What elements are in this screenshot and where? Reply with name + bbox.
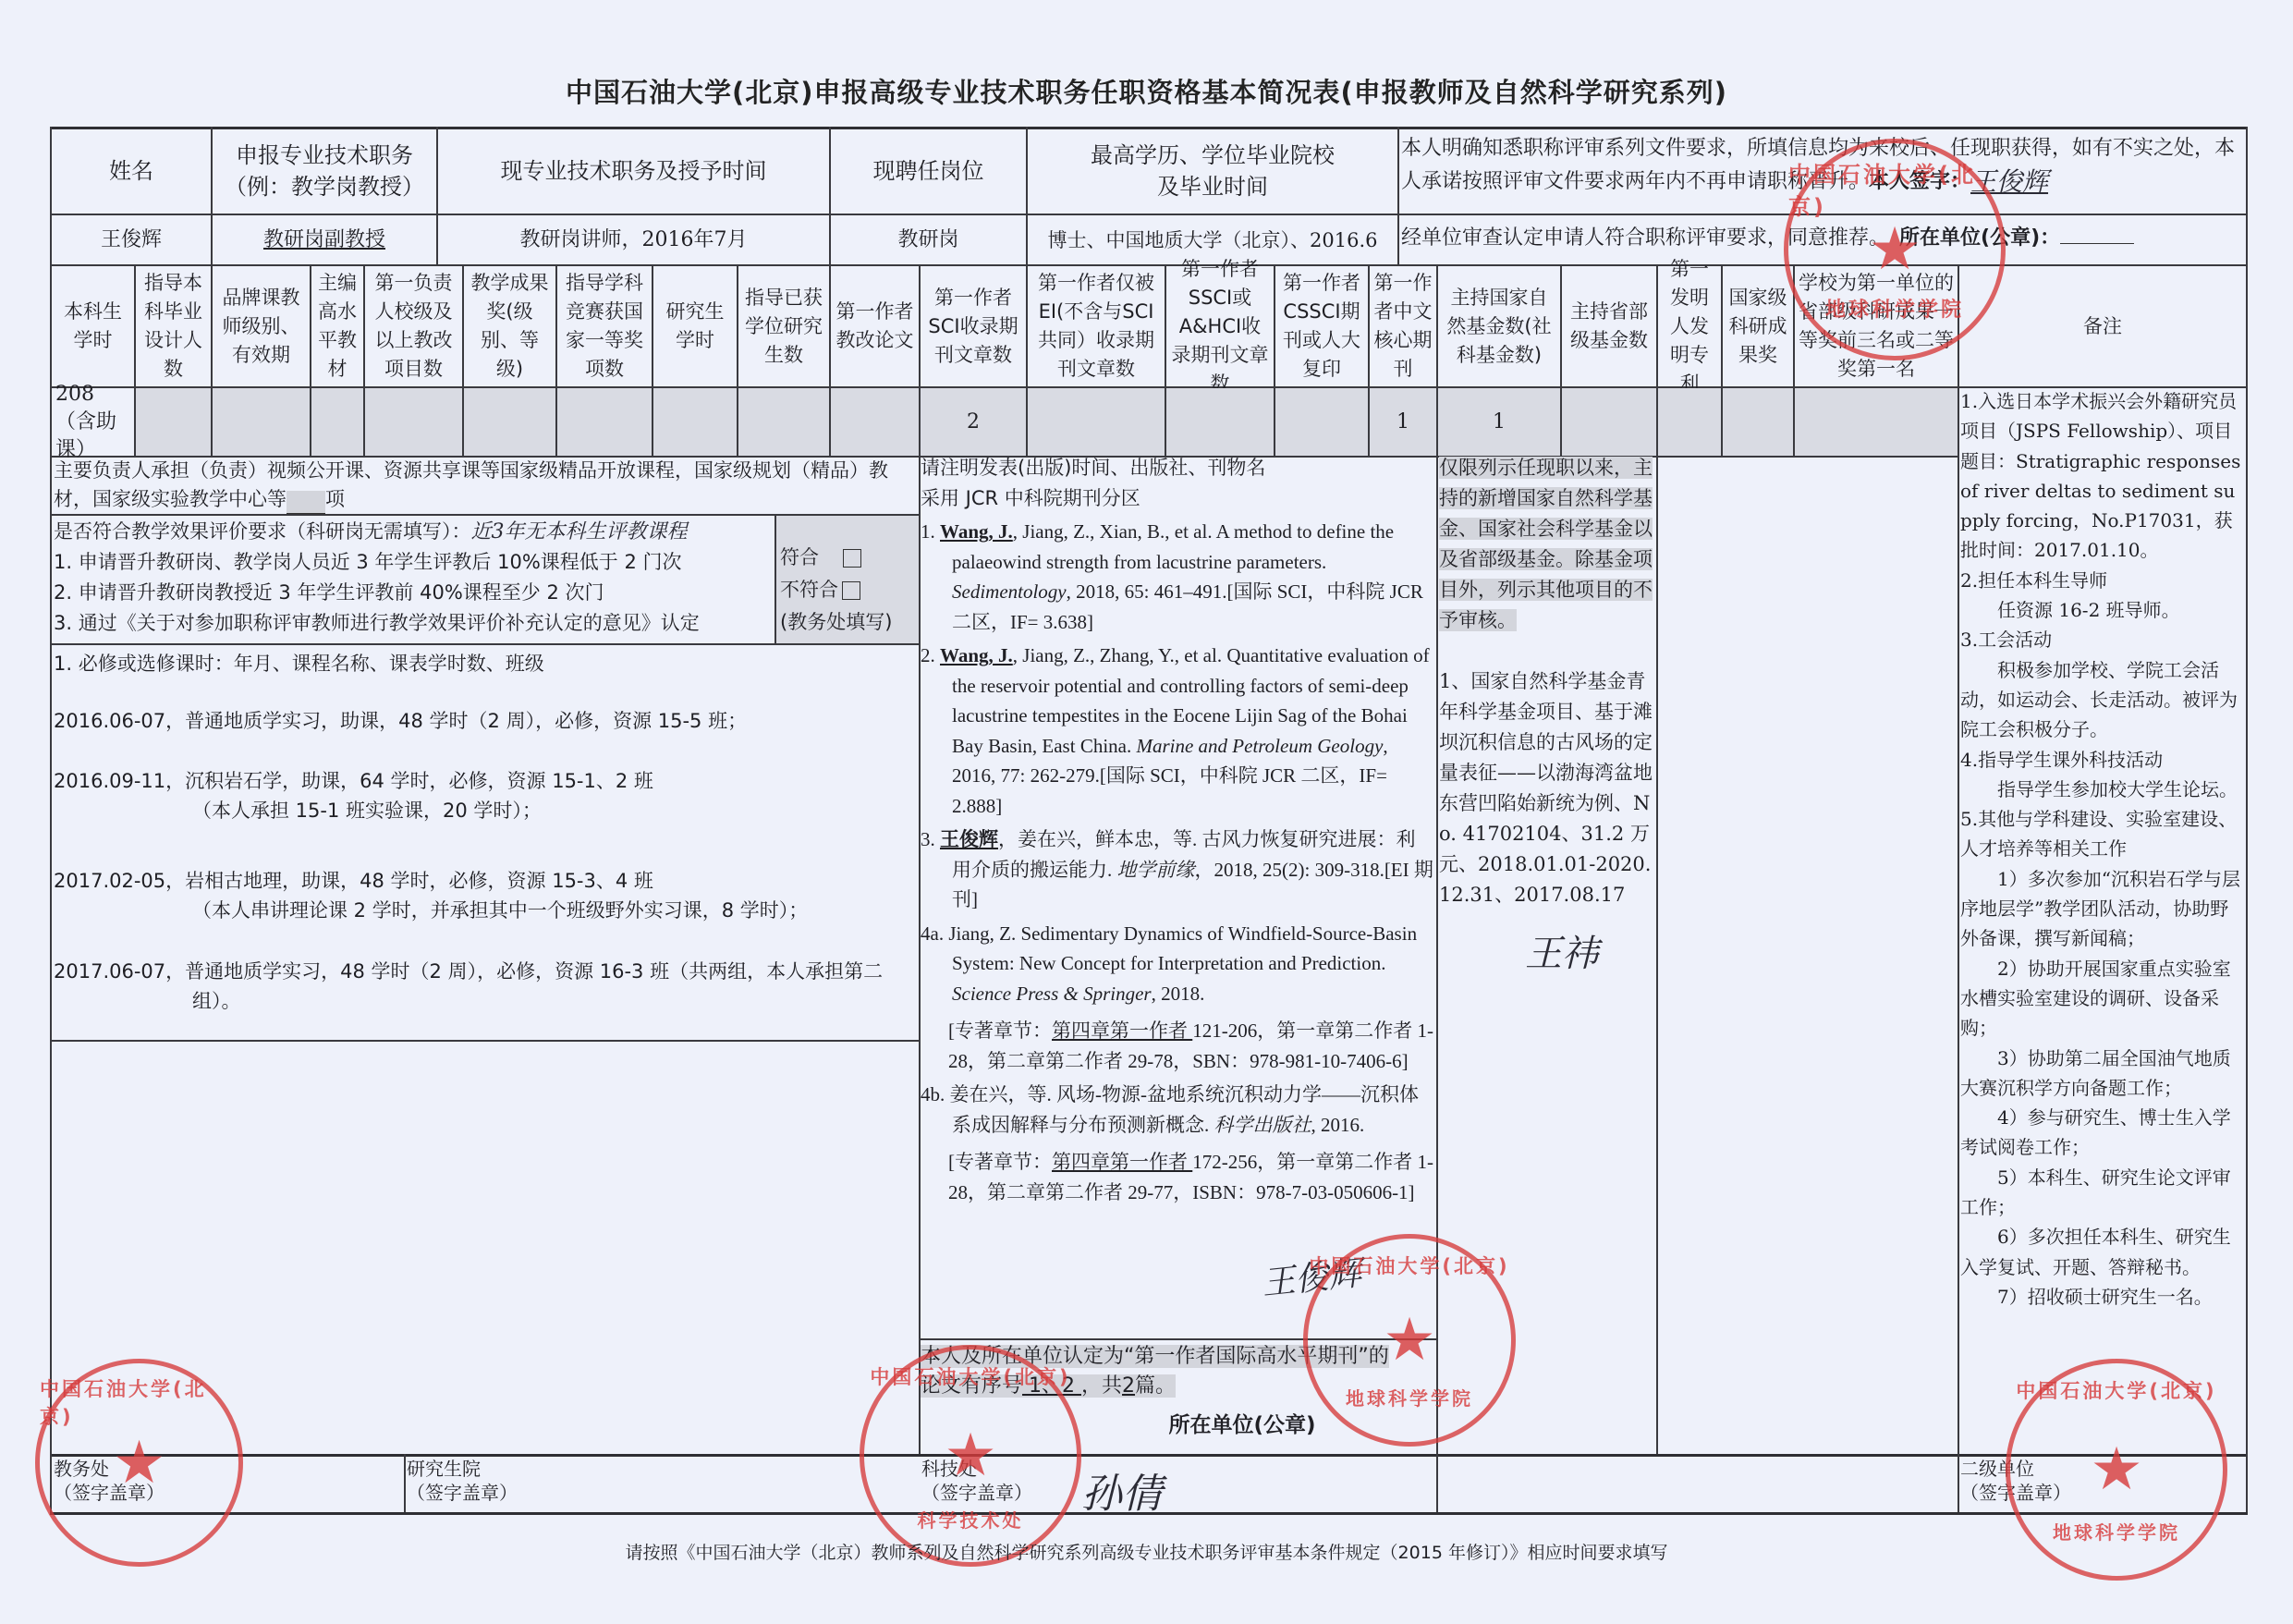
university-seal-stamp: ★ 中国石油大学(北京) bbox=[35, 1359, 243, 1567]
course-item: 2016.09-11，沉积岩石学，助课，64 学时，必修，资源 15-1、2 班 bbox=[54, 766, 913, 796]
metric-value[interactable] bbox=[1166, 388, 1274, 456]
publication-journal: 科学出版社 bbox=[1214, 1114, 1311, 1136]
metric-value[interactable] bbox=[311, 388, 363, 456]
publication-author: Wang, J. bbox=[940, 520, 1013, 543]
remark-item: 2.担任本科生导师 bbox=[1960, 566, 2245, 595]
teaching-eval-answer: 近3年无本科生评教课程 bbox=[471, 517, 688, 547]
remark-item: 积极参加学校、学院工会活动，如运动会、长走活动。被评为院工会积极分子。 bbox=[1960, 655, 2245, 745]
fund-item: 1、国家自然科学基金青年科学基金项目、基于滩坝沉积信息的古风场的定量表征——以渤… bbox=[1439, 666, 1655, 910]
metric-value[interactable] bbox=[557, 388, 652, 456]
publication-instruction: 采用 JCR 中科院期刊分区 bbox=[921, 483, 1434, 514]
metric-header: 第一负责人校级及以上教改项目数 bbox=[365, 266, 462, 386]
metric-header: 主持省部级基金数 bbox=[1562, 266, 1656, 386]
publication-journal: 地学前缘 bbox=[1117, 859, 1195, 881]
metric-value[interactable]: 2 bbox=[921, 388, 1026, 456]
course-list-heading: 1. 必修或选修课时：年月、课程名称、课表学时数、班级 bbox=[54, 649, 913, 678]
remark-item: 4.指导学生课外科技活动 bbox=[1960, 745, 2245, 775]
metric-header: 主编高水平教材 bbox=[311, 266, 363, 386]
confirmation-count: 2 bbox=[1122, 1374, 1135, 1398]
metric-value[interactable] bbox=[653, 388, 737, 456]
applicant-name: 王俊辉 bbox=[52, 215, 211, 264]
remark-item: 指导学生参加校大学生论坛。 bbox=[1960, 775, 2245, 804]
publication-item: 4b. 姜在兴，等. 风场-物源-盆地系统沉积动力学——沉积体系成因解释与分布预… bbox=[921, 1080, 1434, 1140]
metric-header: 第一作者SSCI或A&HCI收录期刊文章数 bbox=[1166, 266, 1274, 386]
metric-header: 第一作者SCI收录期刊文章数 bbox=[921, 266, 1026, 386]
remark-item: 1.入选日本学术振兴会外籍研究员项目（JSPS Fellowship）、项目题目… bbox=[1960, 386, 2245, 566]
publication-journal: Marine and Petroleum Geology bbox=[1136, 735, 1383, 757]
metric-value[interactable] bbox=[136, 388, 211, 456]
star-icon: ★ bbox=[1383, 1311, 1435, 1370]
publication-items: 1. Wang, J., Jiang, Z., Xian, B., et al.… bbox=[921, 517, 1434, 1207]
metric-value[interactable] bbox=[738, 388, 829, 456]
course-note: （本人承担 15-1 班实验课，20 学时）； bbox=[54, 796, 913, 825]
metric-header: 本科生学时 bbox=[52, 266, 134, 386]
teaching-eval-question: 是否符合教学效果评价要求（科研岗无需填写）： bbox=[54, 520, 471, 543]
metric-value[interactable] bbox=[464, 388, 555, 456]
remark-item: 7）招收硕士研究生一名。 bbox=[1960, 1282, 2245, 1312]
remark-item: 5.其他与学科建设、实验室建设、人才培养等相关工作 bbox=[1960, 804, 2245, 864]
course-note: （本人串讲理论课 2 学时，并承担其中一个班级野外实习课，8 学时）； bbox=[54, 896, 913, 925]
footnote: 请按照《中国石油大学（北京）教师系列及自然科学研究系列高级专业技术职务评审基本条… bbox=[0, 1539, 2293, 1564]
metric-value[interactable] bbox=[365, 388, 462, 456]
metric-header: 第一作者中文核心期刊 bbox=[1370, 266, 1436, 386]
publication-chapter: [专著章节：第四章第一作者 121-206，第一章第二作者 1-28，第二章第二… bbox=[921, 1016, 1434, 1076]
metric-header: 品牌课教师级别、有效期 bbox=[213, 266, 310, 386]
metric-header: 指导本科毕业设计人数 bbox=[136, 266, 211, 386]
publication-item: 1. Wang, J., Jiang, Z., Xian, B., et al.… bbox=[921, 517, 1434, 637]
publication-journal: Sedimentology bbox=[952, 580, 1067, 603]
metric-value[interactable] bbox=[831, 388, 919, 456]
course-item: 2017.02-05，岩相古地理，助课，48 学时，必修，资源 15-3、4 班 bbox=[54, 866, 913, 896]
metric-header: 备注 bbox=[1959, 266, 2246, 386]
applicant-current-title: 教研岗讲师，2016年7月 bbox=[438, 215, 829, 264]
national-courses-suffix: 项 bbox=[325, 488, 345, 510]
metric-header: 指导学科竞赛获国家一等奖项数 bbox=[557, 266, 652, 386]
metric-header: 第一作者CSSCI期刊或人大复印 bbox=[1275, 266, 1368, 386]
teaching-eval-options: 符合 不符合 (教务处填写) bbox=[776, 516, 919, 643]
remark-item: 3.工会活动 bbox=[1960, 625, 2245, 654]
option-meets[interactable]: 符合 bbox=[780, 542, 919, 574]
fund-list: 仅限列示任现职以来，主持的新增国家自然科学基金、国家社会科学基金以及省部级基金。… bbox=[1439, 453, 1655, 910]
metric-value[interactable] bbox=[1028, 388, 1165, 456]
remark-item: 2）协助开展国家重点实验室水槽实验室建设的调研、设备采购； bbox=[1960, 954, 2245, 1044]
unit-seal-blank bbox=[2060, 243, 2134, 244]
metric-value[interactable] bbox=[1562, 388, 1656, 456]
national-courses-text: 主要负责人承担（负责）视频公开课、资源共享课等国家级精品开放课程，国家级规划（精… bbox=[54, 459, 888, 510]
metric-value[interactable]: 1 bbox=[1370, 388, 1436, 456]
research-office-signature: 孙倩 bbox=[1081, 1460, 1163, 1520]
metric-value[interactable] bbox=[1723, 388, 1793, 456]
remark-item: 5）本科生、研究生论文评审工作； bbox=[1960, 1163, 2245, 1223]
current-post-header: 现聘任岗位 bbox=[831, 128, 1026, 214]
publication-item: 3. 王俊辉，姜在兴，鲜本忠，等. 古风力恢复研究进展：利用介质的搬运能力. 地… bbox=[921, 824, 1434, 915]
education-header: 最高学历、学位毕业院校 及毕业时间 bbox=[1028, 128, 1397, 214]
publication-author: 王俊辉 bbox=[940, 828, 998, 850]
fund-note: 仅限列示任现职以来，主持的新增国家自然科学基金、国家社会科学基金以及省部级基金。… bbox=[1439, 457, 1653, 631]
checkbox-meets[interactable] bbox=[843, 549, 861, 568]
applicant-current-post: 教研岗 bbox=[831, 215, 1026, 264]
teaching-eval-criterion: 2. 申请晋升教研岗教授近 3 年学生评教前 40%课程至少 2 次门 bbox=[54, 578, 774, 608]
metric-value[interactable] bbox=[1795, 388, 1958, 456]
metric-value[interactable] bbox=[1658, 388, 1721, 456]
metric-header: 国家级科研成果奖 bbox=[1723, 266, 1793, 386]
publication-item: 2. Wang, J., Jiang, Z., Zhang, Y., et al… bbox=[921, 641, 1434, 821]
national-courses-count[interactable] bbox=[287, 491, 325, 514]
remarks-list: 1.入选日本学术振兴会外籍研究员项目（JSPS Fellowship）、项目题目… bbox=[1960, 386, 2245, 1312]
name-header: 姓名 bbox=[52, 128, 211, 214]
college-seal-stamp-2: ★ 中国石油大学(北京) 地球科学学院 bbox=[1303, 1234, 1516, 1447]
national-courses: 主要负责人承担（负责）视频公开课、资源共享课等国家级精品开放课程，国家级规划（精… bbox=[54, 457, 917, 514]
teaching-eval: 是否符合教学效果评价要求（科研岗无需填写）：近3年无本科生评教课程 1. 申请晋… bbox=[54, 517, 774, 639]
publication-item: 4a. Jiang, Z. Sedimentary Dynamics of Wi… bbox=[921, 919, 1434, 1009]
metric-header: 指导已获学位研究生数 bbox=[738, 266, 829, 386]
remark-item: 3）协助第二届全国油气地质大赛沉积学方向备题工作； bbox=[1960, 1044, 2245, 1104]
filled-by-note: (教务处填写) bbox=[780, 606, 919, 639]
star-icon: ★ bbox=[2090, 1440, 2142, 1499]
metric-value[interactable] bbox=[213, 388, 310, 456]
star-icon: ★ bbox=[113, 1434, 165, 1493]
remark-item: 任资源 16-2 班导师。 bbox=[1960, 595, 2245, 625]
publication-instruction: 请注明发表(出版)时间、出版社、刊物名 bbox=[921, 453, 1434, 483]
college-seal-stamp: ★ 中国石油大学(北京) 地球科学学院 bbox=[1784, 139, 2006, 360]
publication-chapter: [专著章节：第四章第一作者 172-256，第一章第二作者 1-28，第二章第二… bbox=[921, 1147, 1434, 1207]
metric-header: 主持国家自然基金数(社科基金数) bbox=[1438, 266, 1560, 386]
metric-header: 教学成果奖(级别、等级) bbox=[464, 266, 555, 386]
metric-value[interactable]: 208（含助课） bbox=[52, 388, 134, 456]
course-item: 2016.06-07，普通地质学实习，助课，48 学时（2 周），必修，资源 1… bbox=[54, 706, 913, 736]
metric-header: 第一作者教改论文 bbox=[831, 266, 919, 386]
publication-journal: Science Press & Springer bbox=[952, 983, 1152, 1005]
signoff-graduate-school: 研究生院（签字盖章） bbox=[407, 1457, 518, 1505]
publication-list: 请注明发表(出版)时间、出版社、刊物名 采用 JCR 中科院期刊分区 1. Wa… bbox=[921, 453, 1434, 1207]
metric-header: 研究生学时 bbox=[653, 266, 737, 386]
star-icon: ★ bbox=[944, 1426, 996, 1485]
remark-item: 1）多次参加“沉积岩石学与层序地层学”教学团队活动，协助野外备课，撰写新闻稿； bbox=[1960, 864, 2245, 954]
remark-item: 6）多次担任本科生、研究生入学复试、开题、答辩秘书。 bbox=[1960, 1222, 2245, 1282]
applicant-apply-title: 教研岗副教授 bbox=[213, 215, 436, 264]
metric-value[interactable]: 1 bbox=[1438, 388, 1560, 456]
apply-title-header: 申报专业技术职务 （例：教学岗教授） bbox=[213, 128, 436, 214]
remark-item: 4）参与研究生、博士生入学考试阅卷工作； bbox=[1960, 1103, 2245, 1163]
star-icon: ★ bbox=[1868, 220, 1921, 279]
metric-header: 第一作者仅被EI(不含与SCI共同）收录期刊文章数 bbox=[1028, 266, 1165, 386]
checkbox-not-meets[interactable] bbox=[842, 581, 860, 600]
course-item: 2017.06-07，普通地质学实习，48 学时（2 周），必修，资源 16-3… bbox=[54, 957, 913, 1016]
teaching-eval-criterion: 3. 通过《关于对参加职称评审教师进行教学效果评价补充认定的意见》认定 bbox=[54, 608, 774, 639]
metric-header: 第一发明人发明专利 bbox=[1658, 266, 1721, 386]
course-list: 1. 必修或选修课时：年月、课程名称、课表学时数、班级 2016.06-07，普… bbox=[54, 649, 913, 1016]
current-title-header: 现专业技术职务及授予时间 bbox=[438, 128, 829, 214]
teaching-eval-criterion: 1. 申请晋升教研岗、教学岗人员近 3 年学生评教后 10%课程低于 2 门次 bbox=[54, 547, 774, 578]
option-not-meets[interactable]: 不符合 bbox=[780, 574, 919, 606]
metric-value[interactable] bbox=[1275, 388, 1368, 456]
research-dept-seal-stamp: ★ 中国石油大学(北京) 科学技术处 bbox=[860, 1345, 1081, 1567]
fund-reviewer-signature: 王祎 bbox=[1525, 924, 1599, 977]
publication-author: Wang, J. bbox=[940, 644, 1013, 666]
form-title: 中国石油大学(北京)申报高级专业技术职务任职资格基本简况表(申报教师及自然科学研… bbox=[0, 72, 2293, 110]
